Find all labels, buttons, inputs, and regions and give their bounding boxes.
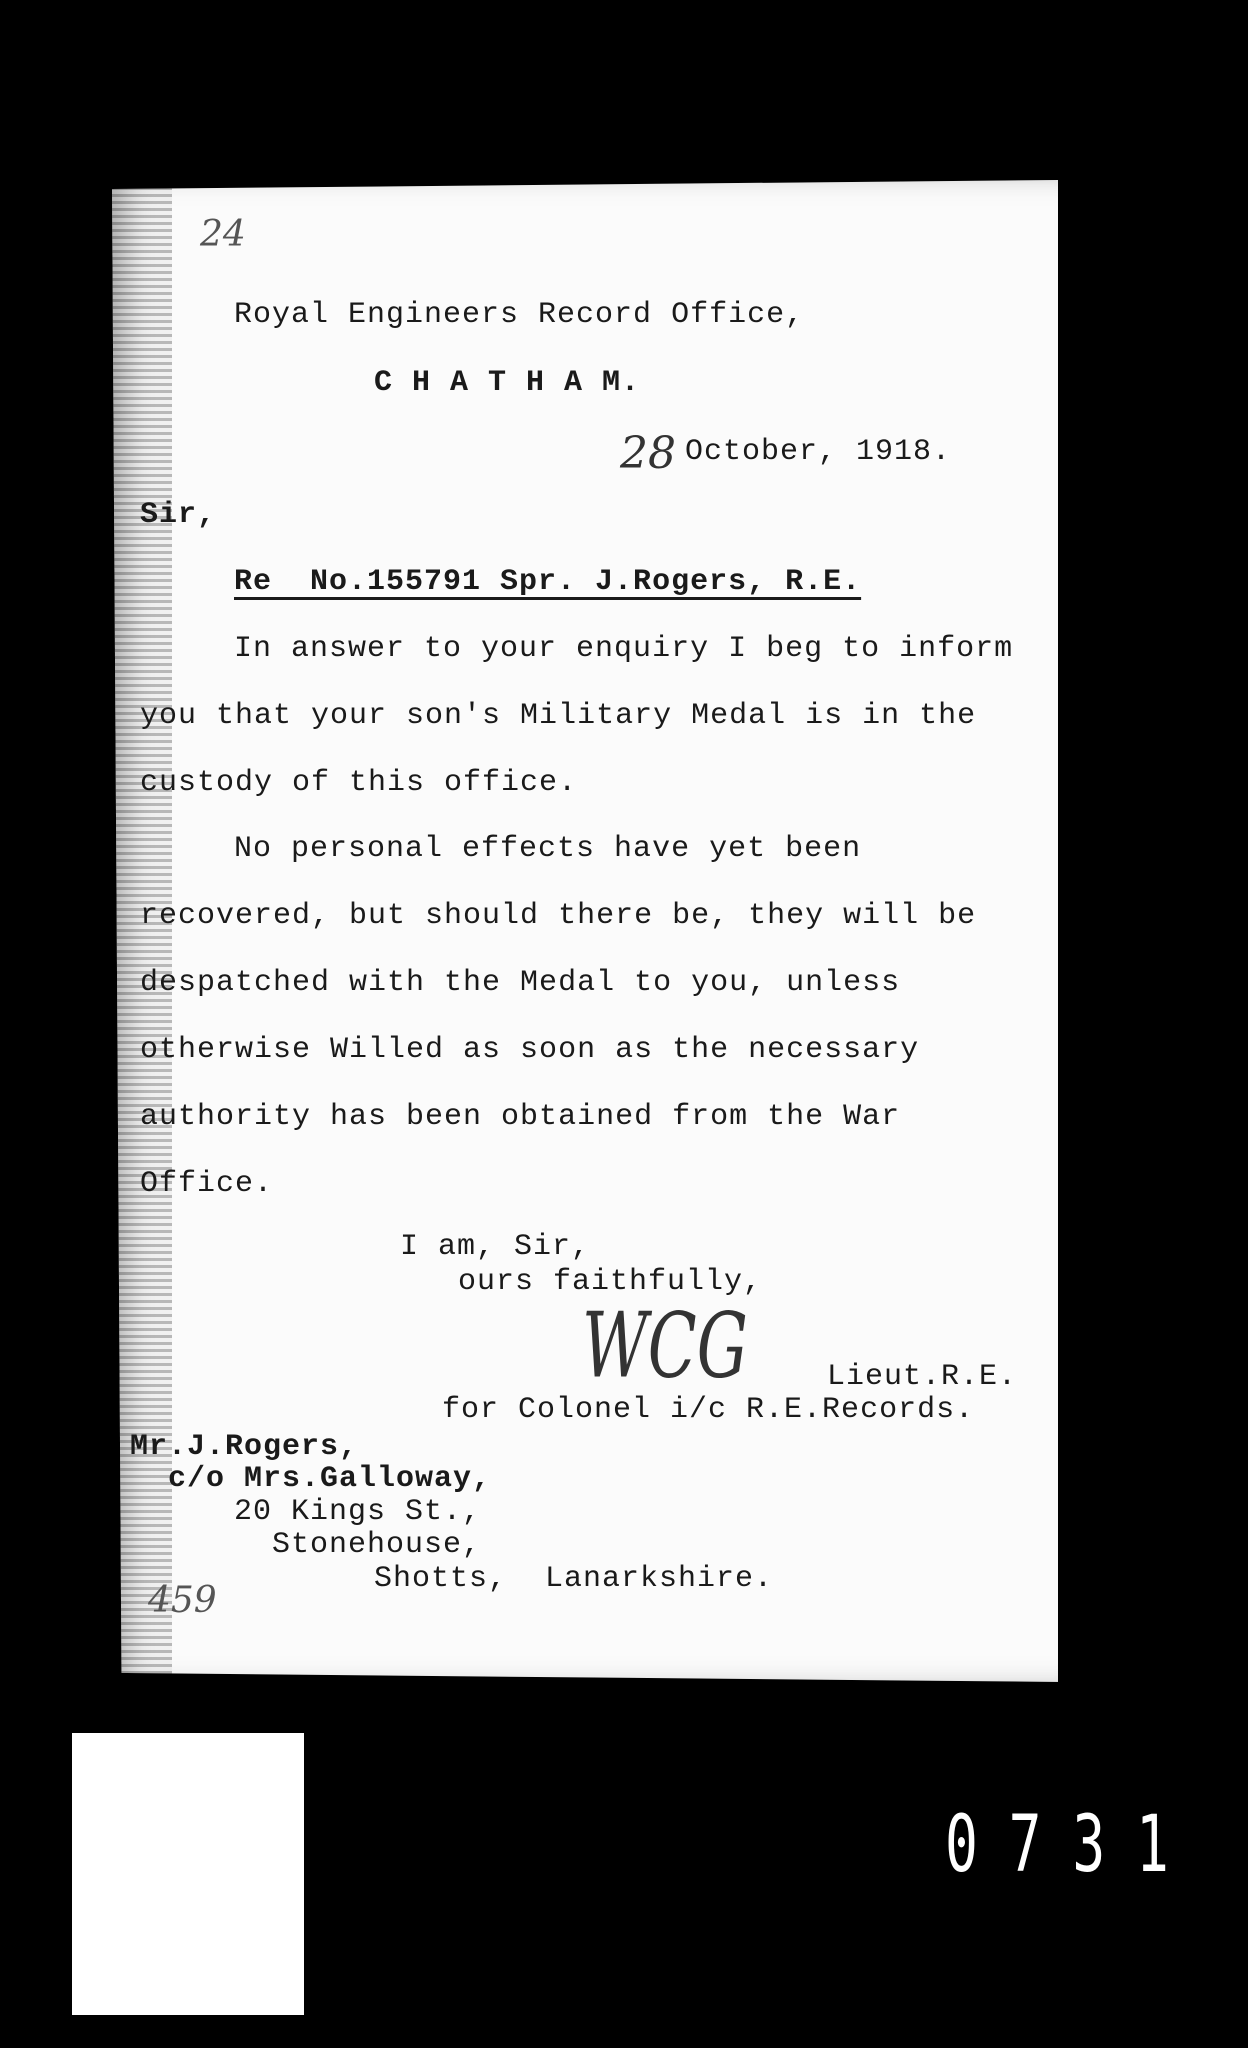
address-line3: 20 Kings St., (234, 1495, 481, 1529)
blank-card (72, 1733, 304, 2015)
date-day-handwritten: 28 (620, 428, 676, 479)
salutation: Sir, (140, 498, 216, 532)
para2-line3: despatched with the Medal to you, unless (140, 966, 900, 1000)
margin-note-bottom: 459 (148, 1580, 217, 1621)
reference-line: Re No.155791 Spr. J.Rogers, R.E. (234, 565, 861, 599)
address-line4: Stonehouse, (272, 1528, 481, 1562)
frame-number: 0731 (945, 1800, 1200, 1890)
closing-line2: ours faithfully, (458, 1265, 762, 1299)
para1-line3: custody of this office. (140, 766, 577, 800)
letter-date: October, 1918. (685, 435, 951, 469)
para2-line4: otherwise Willed as soon as the necessar… (140, 1033, 919, 1067)
address-line1: Mr.J.Rogers, (130, 1430, 358, 1464)
para2-line5: authority has been obtained from the War (140, 1100, 900, 1134)
signature: WCG (582, 1295, 748, 1399)
para1-line2: you that your son's Military Medal is in… (140, 699, 976, 733)
letter-page: 24 Royal Engineers Record Office, C H A … (112, 180, 1058, 1682)
para2-line2: recovered, but should there be, they wil… (140, 899, 976, 933)
letterhead-office: Royal Engineers Record Office, (234, 298, 804, 332)
closing-line1: I am, Sir, (400, 1230, 590, 1264)
para2-line1: No personal effects have yet been (234, 832, 861, 866)
address-line2: c/o Mrs.Galloway, (168, 1462, 491, 1496)
signatory-rank: Lieut.R.E. (827, 1360, 1017, 1394)
address-line5: Shotts, Lanarkshire. (374, 1562, 773, 1596)
para1-line1: In answer to your enquiry I beg to infor… (234, 632, 1013, 666)
letterhead-town: C H A T H A M. (374, 366, 640, 400)
margin-note-top: 24 (200, 214, 246, 255)
para2-line6: Office. (140, 1167, 273, 1201)
signatory-capacity: for Colonel i/c R.E.Records. (442, 1393, 974, 1427)
